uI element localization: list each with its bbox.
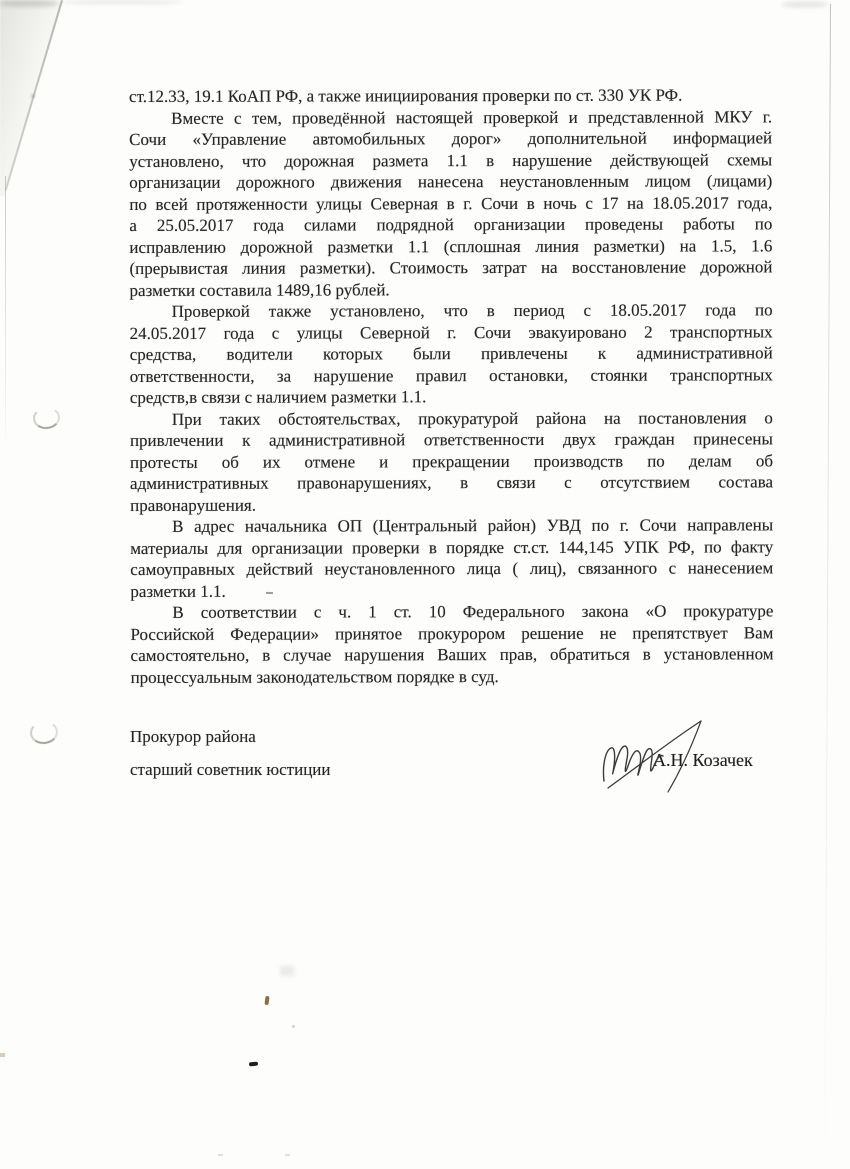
- paragraph-line: 24.05.2017 года с улицы Северной г. Сочи…: [130, 321, 773, 344]
- scan-smudge: [62, 0, 182, 4]
- scan-smudge: [280, 966, 294, 976]
- document-body: ст.12.33, 19.1 КоАП РФ, а также иницииро…: [129, 84, 774, 688]
- paragraph-line: исправлению дорожной разметки 1.1 (сплош…: [129, 235, 772, 258]
- paragraph-line: ответственности, за нарушение правил ост…: [130, 364, 773, 387]
- ink-speck: [31, 94, 35, 98]
- signer-role-line-1: Прокурор района: [130, 727, 256, 747]
- paragraph-line: привлечении к административной ответстве…: [130, 428, 773, 451]
- paragraph-line: установлено, что дорожная размета 1.1 в …: [129, 149, 772, 172]
- signer-role-line-2: старший советник юстиции: [130, 760, 330, 780]
- paragraph: В соответствии с ч. 1 ст. 10 Федеральног…: [130, 600, 773, 688]
- paragraph-line: протесты об их отмене и прекращении прои…: [130, 450, 773, 473]
- scan-smudge: [782, 2, 828, 7]
- paragraph-line: Вместе с тем, проведённой настоящей пров…: [129, 106, 772, 129]
- paragraph-line: процессуальным законодательством порядке…: [131, 665, 774, 688]
- paragraph-line: самостоятельно, в случае нарушения Ваших…: [130, 643, 773, 666]
- page-fold-shading: [0, 0, 64, 196]
- ink-speck: [292, 1025, 295, 1028]
- paragraph-line: Российской Федерации» принятое прокуроро…: [130, 622, 773, 645]
- paragraph-line: средства, водители которых были привлече…: [130, 342, 773, 365]
- paragraph-line: самоуправных действий неустановленного л…: [130, 557, 773, 580]
- paragraph-line: по всей протяженности улицы Северная в г…: [129, 192, 772, 215]
- page-fold-edge-line: [5, 0, 63, 190]
- ink-speck: [218, 1154, 223, 1156]
- paragraph: В адрес начальника ОП (Центральный район…: [130, 514, 773, 602]
- paragraph: При таких обстоятельствах, прокуратурой …: [130, 407, 773, 516]
- ink-speck: [285, 1154, 290, 1156]
- paragraph-line: административных правонарушениях, в связ…: [130, 471, 773, 494]
- paragraph-line: а 25.05.2017 года силами подрядной орган…: [129, 213, 772, 236]
- paragraph-line: В соответствии с ч. 1 ст. 10 Федеральног…: [130, 600, 773, 623]
- paragraph-line: разметки 1.1.: [130, 579, 773, 602]
- paragraph-line: организации дорожного движения нанесена …: [129, 170, 772, 193]
- paragraph-line: (прерывистая линия разметки). Стоимость …: [129, 256, 772, 279]
- paragraph-line: средств,в связи с наличием разметки 1.1.: [130, 385, 773, 408]
- paragraph-line: При таких обстоятельствах, прокуратурой …: [130, 407, 773, 430]
- paragraph: Вместе с тем, проведённой настоящей пров…: [129, 106, 773, 301]
- paragraph-line: разметки составила 1489,16 рублей.: [130, 278, 773, 301]
- ink-speck: [264, 996, 269, 1005]
- punch-hole-shadow-lower: [29, 720, 59, 746]
- punch-hole-shadow-upper: [32, 406, 61, 431]
- ink-speck: [0, 1053, 5, 1057]
- paragraph-line: правонарушения.: [130, 493, 773, 516]
- paragraph-line: материалы для организации проверки в пор…: [130, 536, 773, 559]
- scanned-document-page: ст.12.33, 19.1 КоАП РФ, а также иницииро…: [0, 0, 850, 1169]
- right-page-edge-line: [824, 4, 831, 1162]
- paragraph: ст.12.33, 19.1 КоАП РФ, а также иницииро…: [129, 84, 772, 107]
- paragraph-line: Сочи «Управление автомобильных дорог» до…: [129, 127, 772, 150]
- left-page-edge-line: [5, 176, 6, 438]
- paragraph-line: ст.12.33, 19.1 КоАП РФ, а также иницииро…: [129, 84, 772, 107]
- paragraph: Проверкой также установлено, что в перио…: [130, 299, 773, 408]
- signature-icon: [598, 688, 783, 806]
- paragraph-line: В адрес начальника ОП (Центральный район…: [130, 514, 773, 537]
- scan-smudge: [0, 0, 58, 7]
- ink-mark: [249, 1062, 258, 1067]
- paragraph-line: Проверкой также установлено, что в перио…: [130, 299, 773, 322]
